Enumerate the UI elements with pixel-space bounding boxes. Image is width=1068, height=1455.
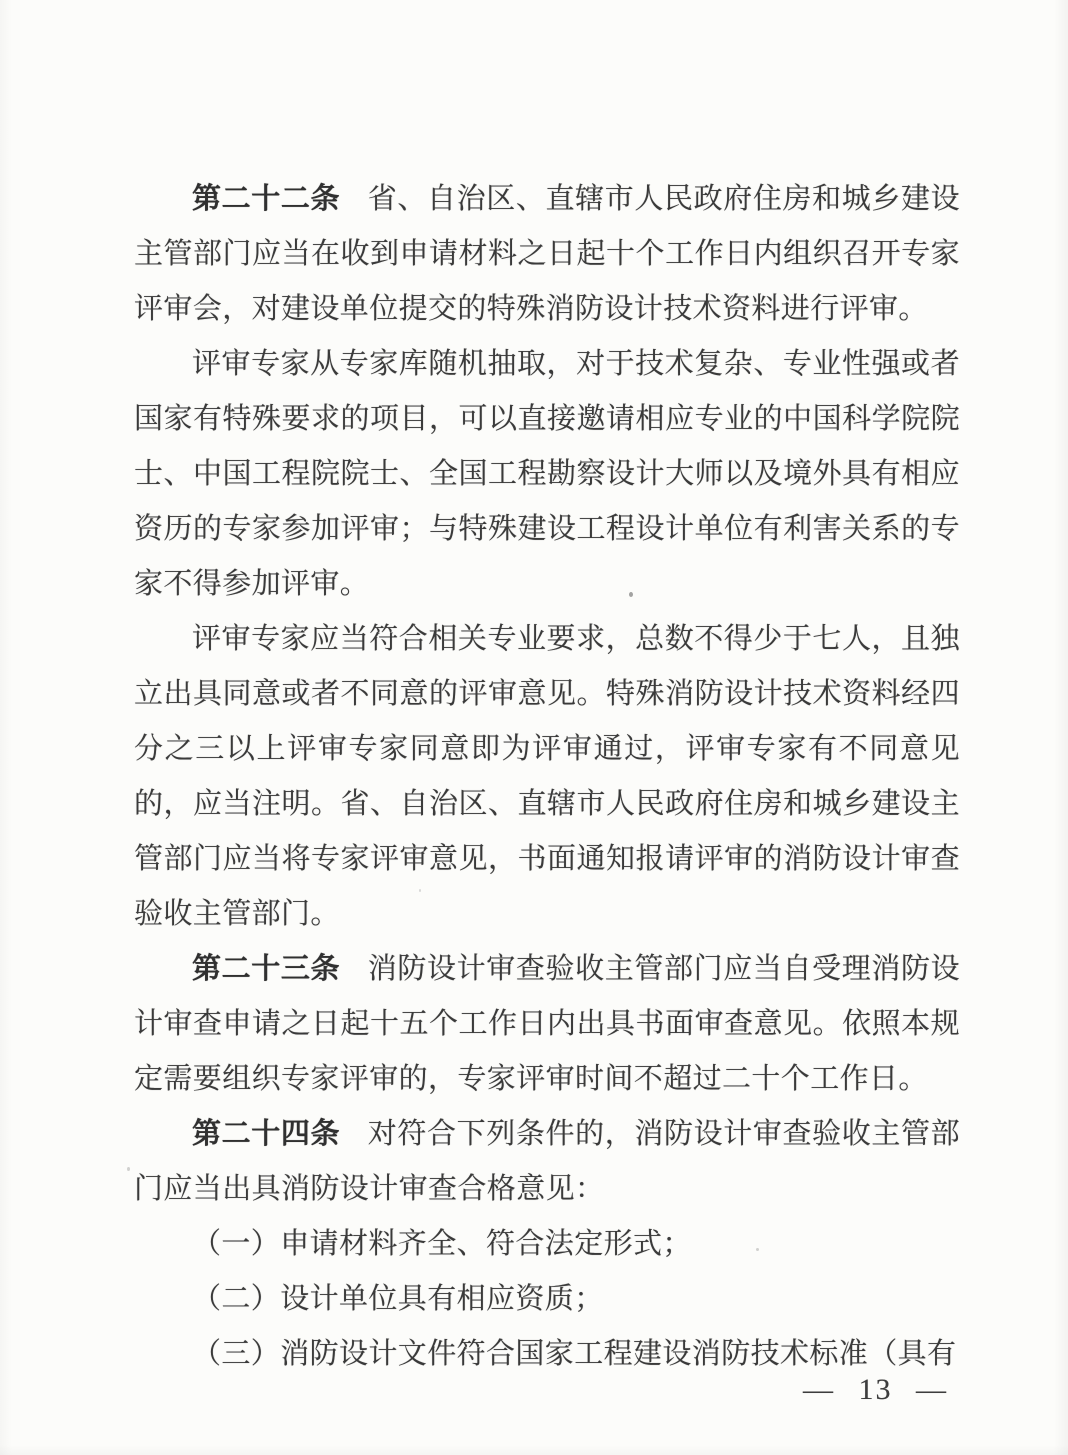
paragraph-text: 评审专家从专家库随机抽取，对于技术复杂、专业性强或者国家有特殊要求的项目，可以直… (134, 348, 960, 600)
article-number-label: 第二十二条 (192, 183, 340, 215)
article-number-label: 第二十三条 (192, 953, 340, 985)
paragraph-text: （二）设计单位具有相应资质； (192, 1283, 604, 1315)
document-body: 第二十二条省、自治区、直辖市人民政府住房和城乡建设主管部门应当在收到申请材料之日… (134, 172, 960, 1382)
article-number-label: 第二十四条 (192, 1118, 340, 1150)
page-number: — 13 — (803, 1370, 948, 1410)
paragraph: 评审专家应当符合相关专业要求，总数不得少于七人，且独立出具同意或者不同意的评审意… (134, 612, 960, 942)
paragraph: 评审专家从专家库随机抽取，对于技术复杂、专业性强或者国家有特殊要求的项目，可以直… (134, 337, 960, 612)
scan-speck (127, 1167, 130, 1171)
paragraph: （一）申请材料齐全、符合法定形式； (134, 1217, 960, 1272)
paragraph: （二）设计单位具有相应资质； (134, 1272, 960, 1327)
paragraph-text: （三）消防设计文件符合国家工程建设消防技术标准（具有 (192, 1338, 956, 1370)
paragraph: 第二十二条省、自治区、直辖市人民政府住房和城乡建设主管部门应当在收到申请材料之日… (134, 172, 960, 337)
paragraph-text: 评审专家应当符合相关专业要求，总数不得少于七人，且独立出具同意或者不同意的评审意… (134, 623, 960, 930)
paragraph: 第二十三条消防设计审查验收主管部门应当自受理消防设计审查申请之日起十五个工作日内… (134, 942, 960, 1107)
paragraph: 第二十四条对符合下列条件的，消防设计审查验收主管部门应当出具消防设计审查合格意见… (134, 1107, 960, 1217)
scanned-document-page: { "document": { "page_number": "— 13 —",… (0, 0, 1068, 1455)
paragraph-text: （一）申请材料齐全、符合法定形式； (192, 1228, 692, 1260)
